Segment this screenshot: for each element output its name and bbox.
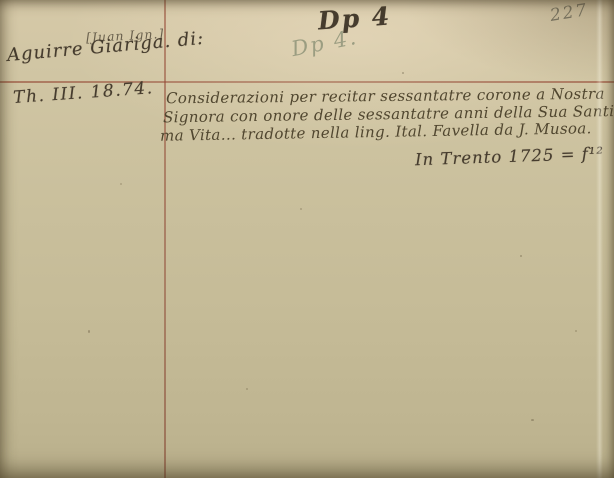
paper-speck [120,183,122,185]
page-number-annotation: 227 [549,0,590,26]
vertical-rule-line [164,0,166,478]
paper-speck [246,388,248,390]
paper-speck [531,419,534,421]
paper-speck [88,330,90,333]
imprint-line: In Trento 1725 = f¹² [415,144,605,170]
shelfmark-pencil-annotation: Dp 4. [289,25,359,61]
paper-speck [520,255,522,257]
paper-edge-shadow [0,0,614,478]
paper-speck [300,208,302,210]
paper-speck [575,330,577,332]
paper-speck [402,72,404,74]
paper-edge-highlight [596,0,603,478]
catalog-card: 227 Dp 4 Dp 4. [Juan Ign.] Aguirre Giari… [0,0,614,478]
